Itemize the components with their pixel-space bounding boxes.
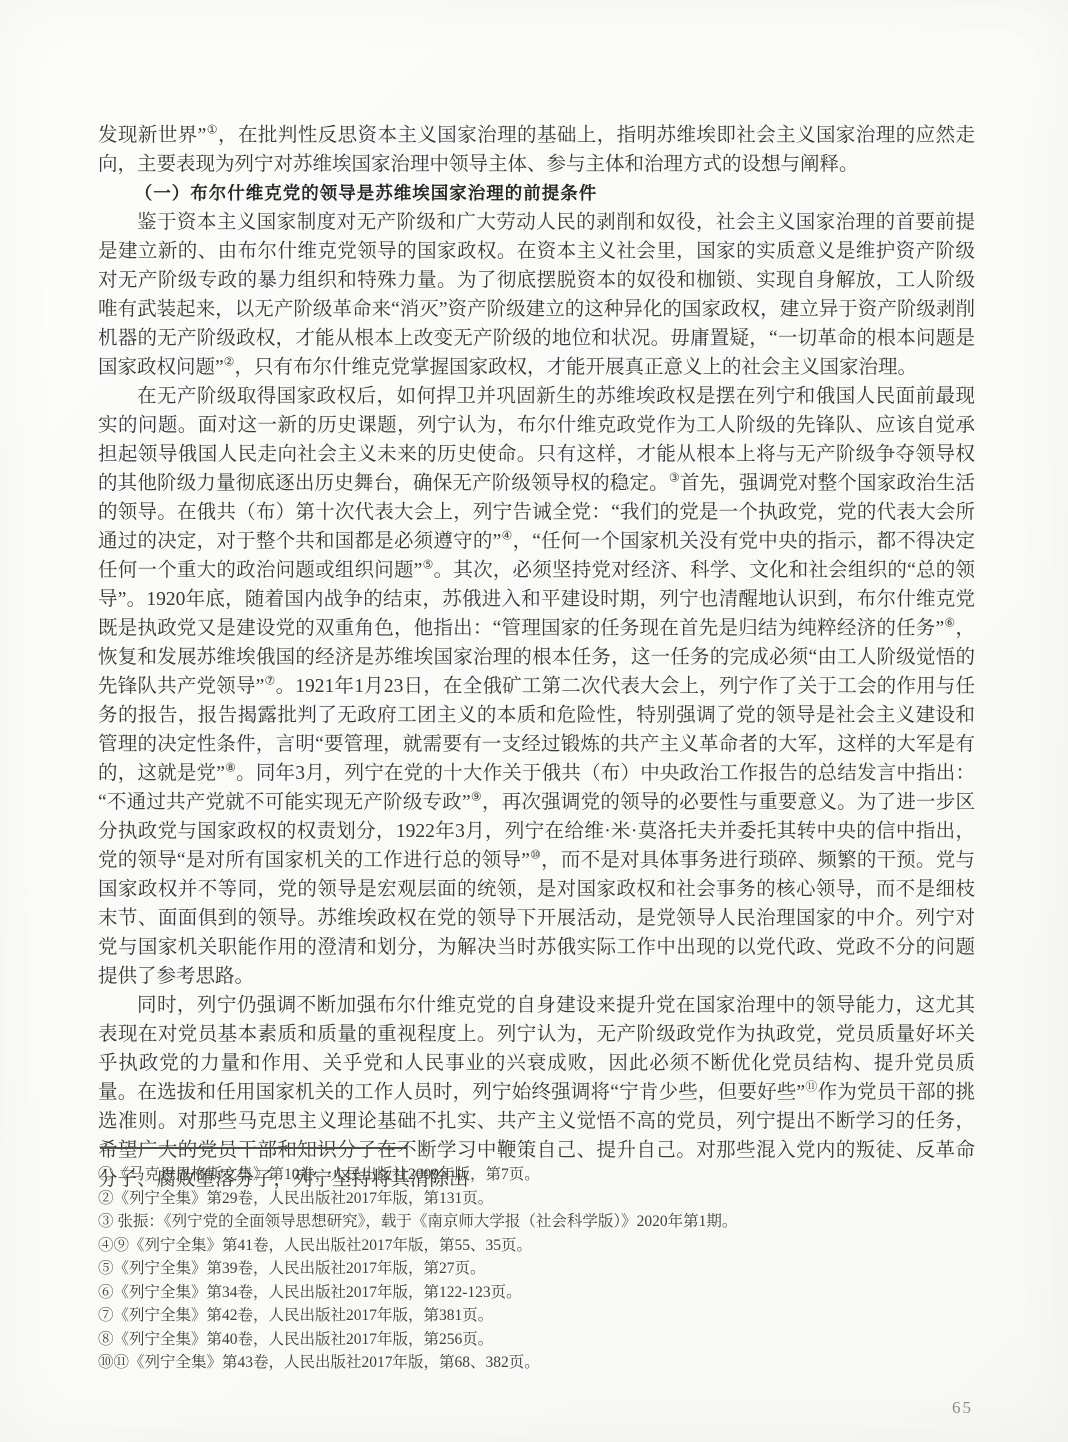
footnote-item: ⑧《列宁全集》第40卷，人民出版社2017年版，第256页。 [98,1328,975,1352]
section-heading: （一）布尔什维克党的领导是苏维埃国家治理的前提条件 [98,179,975,208]
footnote-item: ②《列宁全集》第29卷，人民出版社2017年版，第131页。 [98,1187,975,1211]
paragraph: 鉴于资本主义国家制度对无产阶级和广大劳动人民的剥削和奴役，社会主义国家治理的首要… [98,208,975,382]
opening-paragraph: 发现新世界”①，在批判性反思资本主义国家治理的基础上，指明苏维埃即社会主义国家治… [98,121,975,179]
article-body: 发现新世界”①，在批判性反思资本主义国家治理的基础上，指明苏维埃即社会主义国家治… [98,121,975,1194]
footnote-item: ⑦《列宁全集》第42卷，人民出版社2017年版，第381页。 [98,1304,975,1328]
footnote-item: ④⑨《列宁全集》第41卷，人民出版社2017年版，第55、35页。 [98,1234,975,1258]
footnotes-section: ①《马克思恩格斯文集》第10卷，人民出版社2009年版，第7页。 ②《列宁全集》… [98,1147,975,1375]
footnote-item: ③ 张振：《列宁党的全面领导思想研究》，载于《南京师大学报（社会科学版）》202… [98,1210,975,1234]
footnote-item: ⑥《列宁全集》第34卷，人民出版社2017年版，第122-123页。 [98,1281,975,1305]
footnote-item: ⑩⑪《列宁全集》第43卷，人民出版社2017年版，第68、382页。 [98,1351,975,1375]
page-number: 65 [952,1398,973,1418]
paragraph: 在无产阶级取得国家政权后，如何捍卫并巩固新生的苏维埃政权是摆在列宁和俄国人民面前… [98,382,975,991]
footnote-item: ⑤《列宁全集》第39卷，人民出版社2017年版，第27页。 [98,1257,975,1281]
document-page: 发现新世界”①，在批判性反思资本主义国家治理的基础上，指明苏维埃即社会主义国家治… [0,0,1068,1442]
footnote-separator [100,1147,407,1149]
footnote-item: ①《马克思恩格斯文集》第10卷，人民出版社2009年版，第7页。 [98,1163,975,1187]
